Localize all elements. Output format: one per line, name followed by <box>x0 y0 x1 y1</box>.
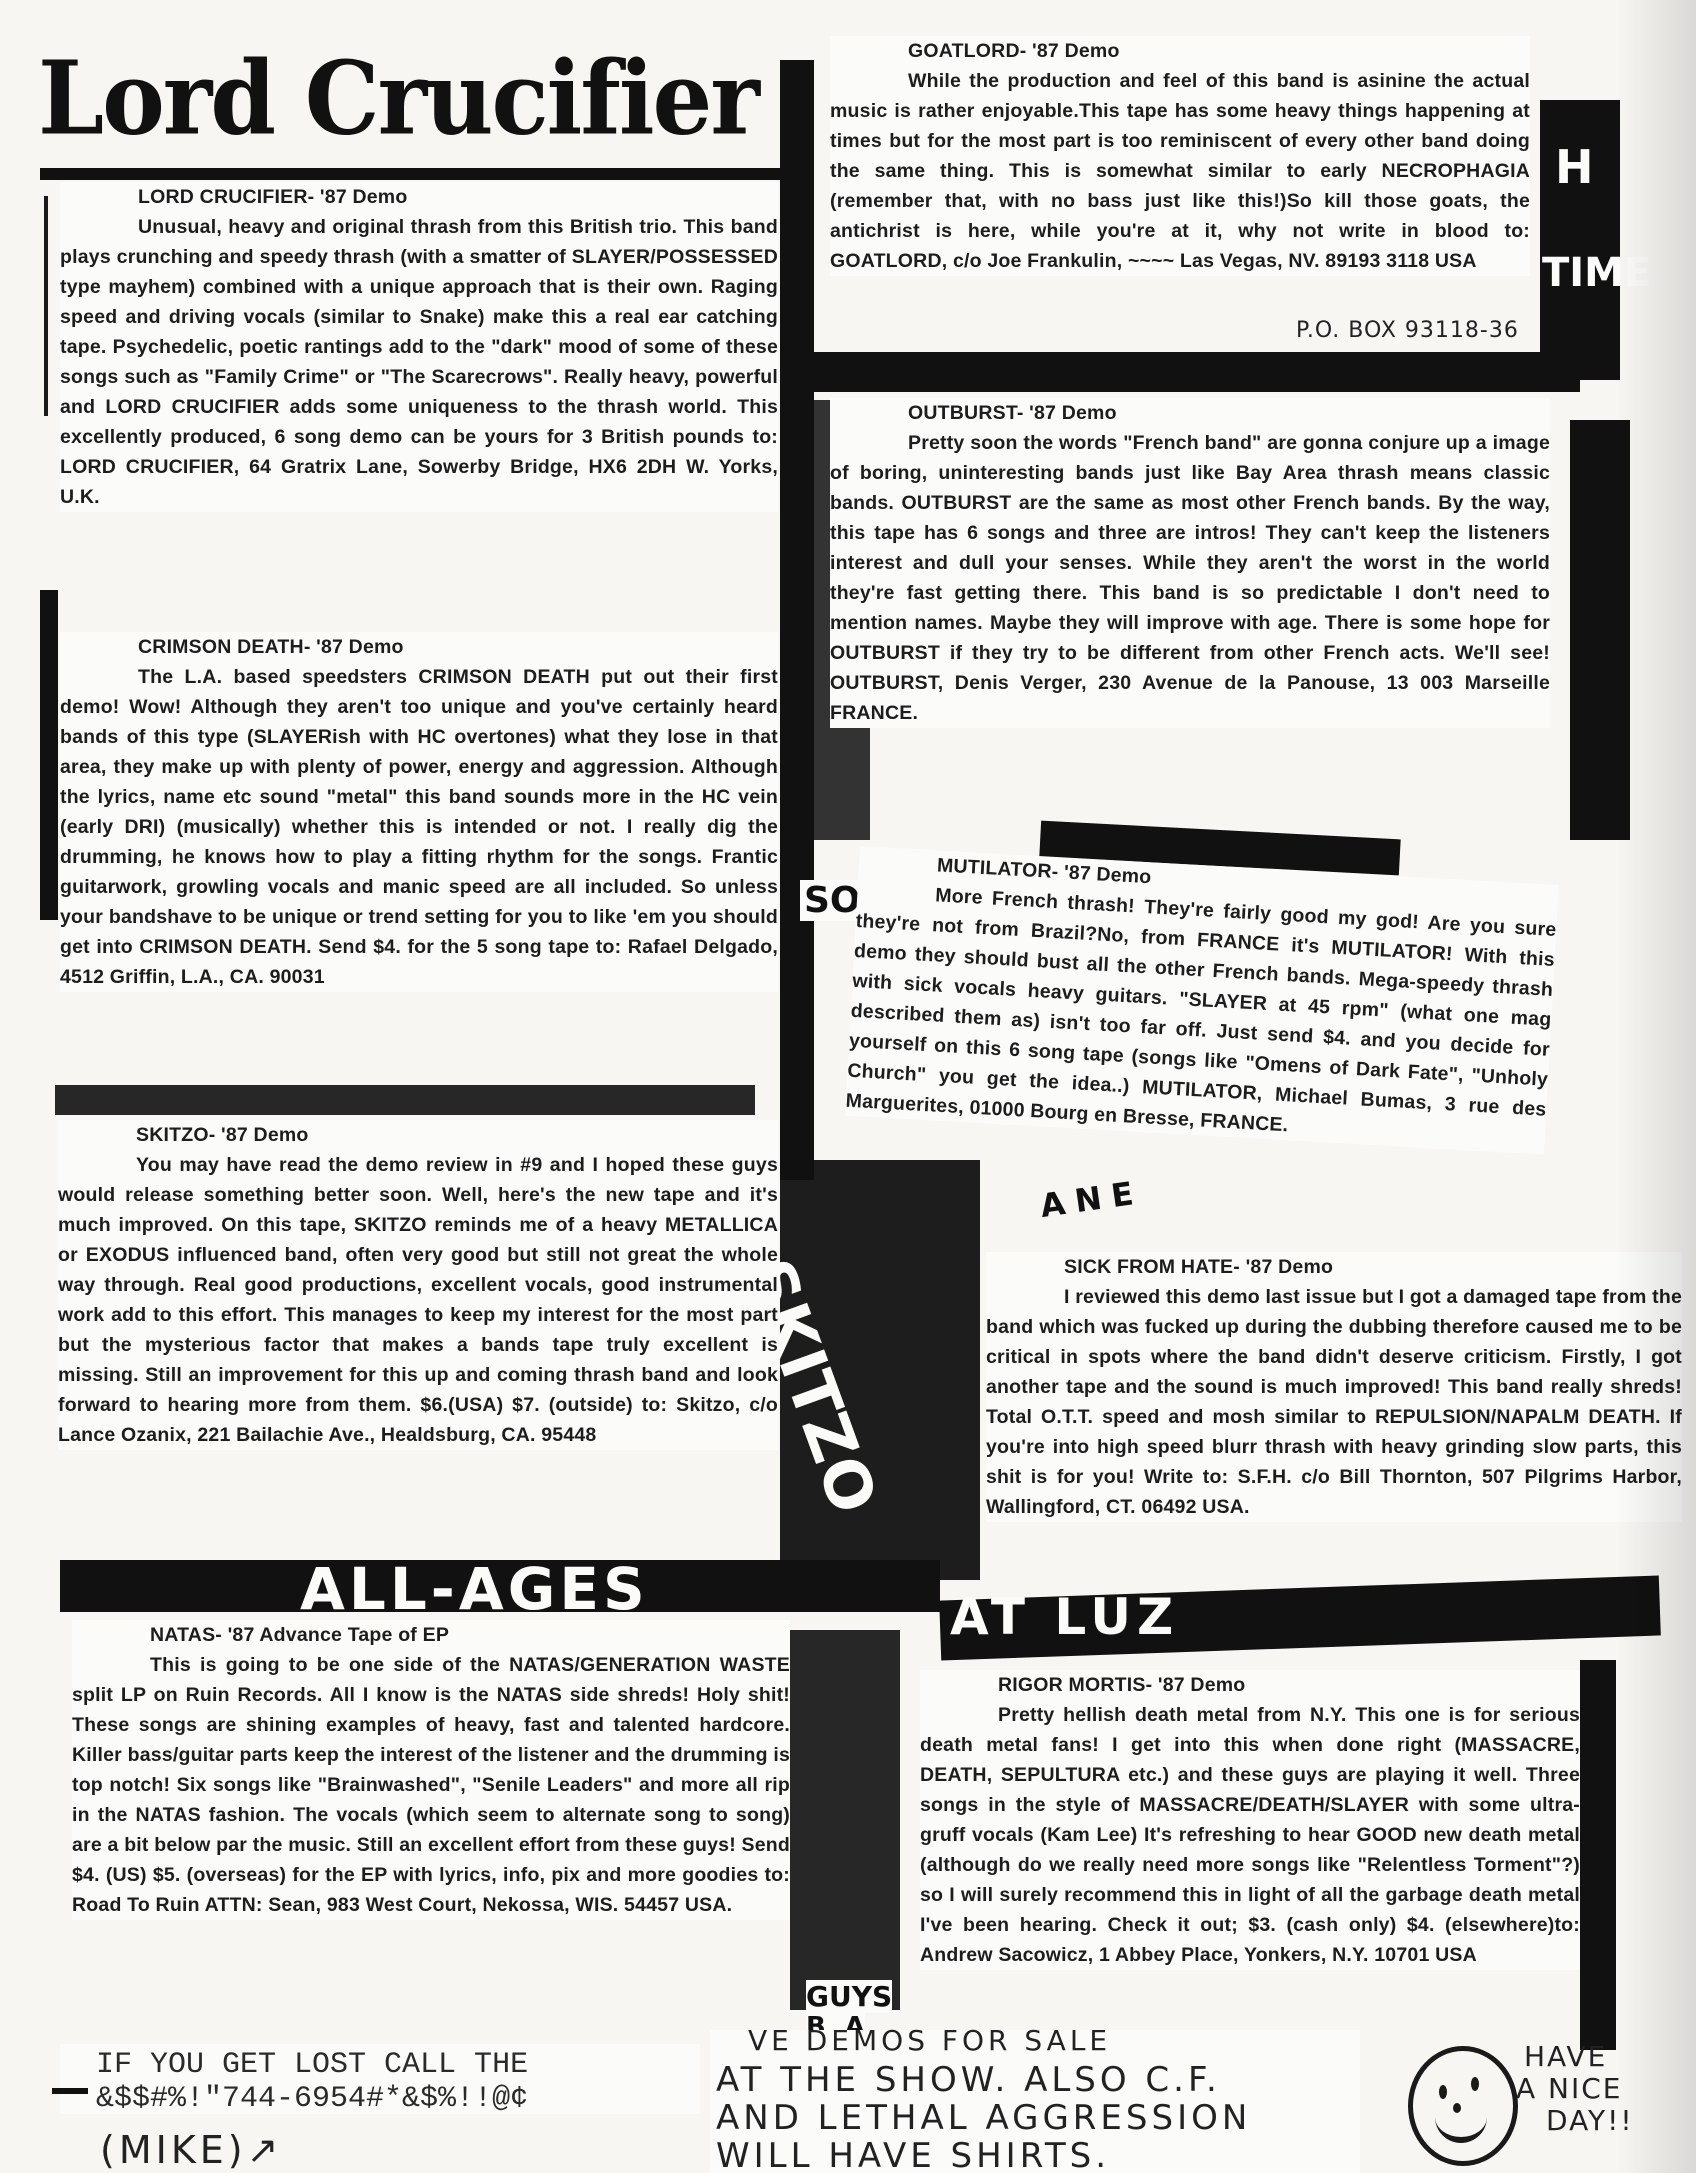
signature-mike: (MIKE)↗ <box>100 2128 282 2172</box>
review-natas: NATAS- '87 Advance Tape of EP This is go… <box>72 1620 790 1920</box>
collage-ink-block-natas-right <box>790 1630 900 2010</box>
review-skitzo: SKITZO- '87 Demo You may have read the d… <box>58 1120 778 1450</box>
review-sick-from-hate: SICK FROM HATE- '87 Demo I reviewed this… <box>986 1252 1682 1522</box>
smiley-face-icon <box>1408 2046 1518 2166</box>
review-body: I reviewed this demo last issue but I go… <box>986 1282 1682 1522</box>
demos-note-line-3: WILL HAVE SHIRTS. <box>716 2136 1110 2173</box>
review-heading: RIGOR MORTIS- '87 Demo <box>920 1670 1580 1700</box>
demos-note-line-1: AT THE SHOW. ALSO C.F. <box>716 2060 1221 2100</box>
review-body: More French thrash! They're fairly good … <box>845 876 1557 1155</box>
review-crimson-death: CRIMSON DEATH- '87 Demo The L.A. based s… <box>60 632 778 992</box>
collage-word-h: H <box>1555 140 1594 194</box>
review-body: The L.A. based speedsters CRIMSON DEATH … <box>60 662 778 992</box>
demos-note-line-2: AND LETHAL AGGRESSION <box>716 2098 1251 2138</box>
review-heading: OUTBURST- '87 Demo <box>830 398 1550 428</box>
collage-word-so: SO <box>800 880 865 921</box>
review-heading: GOATLORD- '87 Demo <box>830 36 1530 66</box>
collage-ink-strip-left-crimson <box>40 590 58 920</box>
hand-drawn-bracket <box>44 196 48 416</box>
collage-word-guys: GUYS <box>806 1980 892 2013</box>
review-heading: NATAS- '87 Advance Tape of EP <box>72 1620 790 1650</box>
collage-word-allages: ALL-AGES <box>300 1555 649 1623</box>
review-heading: CRIMSON DEATH- '87 Demo <box>60 632 778 662</box>
review-body: Unusual, heavy and original thrash from … <box>60 212 778 512</box>
review-goatlord: GOATLORD- '87 Demo While the production … <box>830 36 1530 276</box>
review-body: While the production and feel of this ba… <box>830 66 1530 276</box>
demos-note-line-0: VE DEMOS FOR SALE <box>748 2024 1111 2057</box>
nice-day-line-1: A NICE <box>1516 2072 1623 2105</box>
review-mutilator: MUTILATOR- '87 Demo More French thrash! … <box>845 846 1559 1155</box>
lost-call-line-1: IF YOU GET LOST CALL THE <box>96 2048 528 2082</box>
collage-ink-band-crimson-bottom <box>55 1085 755 1115</box>
handwritten-po-box-correction: P.O. BOX 93118-36 <box>1296 318 1519 343</box>
review-heading: LORD CRUCIFIER- '87 Demo <box>60 182 778 212</box>
review-body: You may have read the demo review in #9 … <box>58 1150 778 1450</box>
review-body: Pretty hellish death metal from N.Y. Thi… <box>920 1700 1580 1970</box>
collage-ink-strip-rigor-right <box>1580 1660 1616 2050</box>
review-body: Pretty soon the words "French band" are … <box>830 428 1550 728</box>
review-rigor-mortis: RIGOR MORTIS- '87 Demo Pretty hellish de… <box>920 1670 1580 1970</box>
collage-word-atluz: AT LUZ <box>950 1588 1179 1646</box>
review-heading: SICK FROM HATE- '87 Demo <box>986 1252 1682 1282</box>
page-edge-shadow <box>1616 0 1696 2173</box>
review-body: This is going to be one side of the NATA… <box>72 1650 790 1920</box>
review-heading: SKITZO- '87 Demo <box>58 1120 778 1150</box>
collage-word-ane: ANE <box>1038 1173 1146 1225</box>
nice-day-line-0: HAVE <box>1524 2040 1607 2073</box>
collage-ink-band-goatlord-bottom <box>800 352 1580 392</box>
collage-ink-band-top-left <box>40 168 790 180</box>
review-outburst: OUTBURST- '87 Demo Pretty soon the words… <box>830 398 1550 728</box>
lost-call-phone-line: &$$#%!"744-6954#*&$%!!@¢ <box>96 2082 528 2116</box>
review-lord-crucifier: LORD CRUCIFIER- '87 Demo Unusual, heavy … <box>60 182 778 512</box>
hand-drawn-dash <box>52 2088 88 2094</box>
masthead-title: Lord Crucifier <box>38 48 758 150</box>
